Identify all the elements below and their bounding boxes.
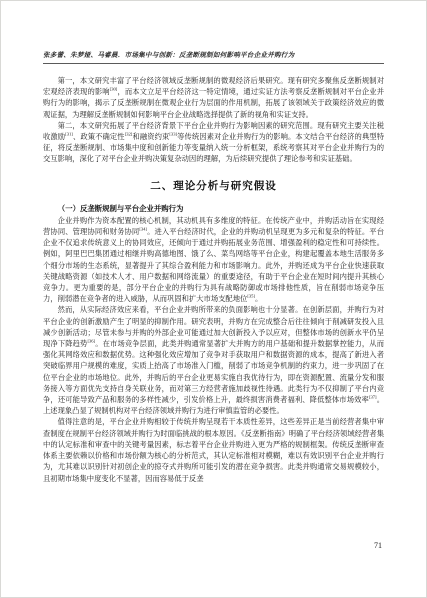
paragraph: 第二，本文研究拓展了平台经济背景下平台企业并购行为影响因素的研究范围。现有研究主… — [43, 120, 384, 165]
citation-superscript: [37] — [369, 395, 377, 400]
section-paragraphs: 企业并购作为资本配置的核心机制，其动机具有多维度的特征。在传统产业中，并购活动旨… — [43, 215, 384, 484]
citation-superscript: [31] — [65, 132, 73, 137]
citation-superscript: [35] — [247, 294, 255, 299]
paragraph: 值得注意的是，平台企业并购相较于传统并购呈现若干本质性差异，这些差异正是当前经营… — [43, 416, 384, 483]
section-heading: 二、理论分析与研究假设 — [43, 178, 384, 193]
paragraph-text: 。 — [255, 294, 262, 303]
paragraph-text: 。在市场竞争层面，此类并购通常显著扩大并购方的用户基础和提升数据掌控能力，从而强… — [43, 339, 384, 404]
paragraph: 第一，本文研究丰富了平台经济领域反垄断规制的微观经济后果研究。现有研究多聚焦反垄… — [43, 75, 384, 120]
header-divider — [43, 63, 384, 64]
paragraph-text: 、政策不确定性 — [73, 132, 125, 141]
paragraph: 企业并购作为资本配置的核心机制，其动机具有多维度的特征。在传统产业中，并购活动旨… — [43, 215, 384, 305]
running-head: 张多蕾、朱梦娅、马睿晨．市场集中与创新：反垄断规制如何影响平台企业并购行为 — [43, 51, 384, 60]
citation-superscript: [36] — [87, 339, 95, 344]
citation-superscript: [33] — [169, 132, 177, 137]
document-page: 张多蕾、朱梦娅、马睿晨．市场集中与创新：反垄断规制如何影响平台企业并购行为 第一… — [0, 0, 427, 598]
paragraph-text: 值得注意的是，平台企业并购相较于传统并购呈现若干本质性差异，这些差异正是当前经营… — [43, 417, 384, 482]
page-number: 71 — [374, 541, 382, 550]
paragraph: 然而，从实际经济效应来看，平台企业并购所带来的负面影响也十分显著。在创新层面，并… — [43, 304, 384, 416]
citation-superscript: [34] — [139, 227, 147, 232]
paragraph-text: 和融资约束 — [132, 132, 169, 141]
intro-paragraphs: 第一，本文研究丰富了平台经济领域反垄断规制的微观经济后果研究。现有研究多聚焦反垄… — [43, 75, 384, 165]
subsection-heading: （一）反垄断规制与平台企业并购行为 — [43, 203, 384, 214]
paragraph-text: 。进入平台经济时代，企业的并购动机呈现更为多元和复杂的特征。平台企业不仅追求传统… — [43, 227, 384, 303]
